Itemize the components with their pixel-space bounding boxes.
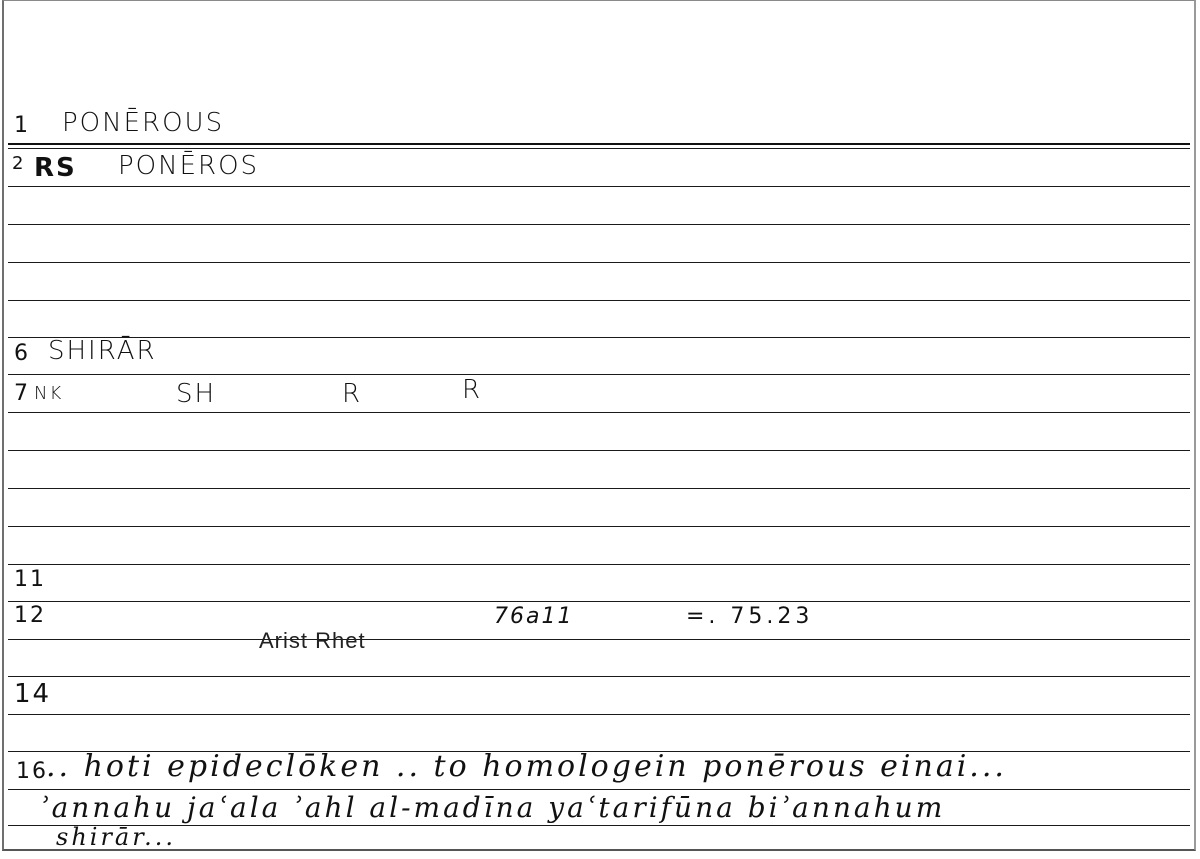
form-entry: SH — [176, 379, 216, 409]
ruled-line — [8, 825, 1190, 826]
line-number: 1 — [14, 113, 30, 138]
headword: SHIRĀR — [48, 336, 157, 366]
ruled-line — [8, 374, 1190, 375]
citation: 76a11 — [494, 604, 573, 629]
headword: PONĒROUS — [62, 108, 224, 138]
index-card: 1 PONĒROUS 2 RS PONĒROS 6 SHIRĀR 7 NK SH… — [2, 0, 1196, 851]
line-number: 16 — [16, 759, 48, 784]
ruled-line — [8, 564, 1190, 565]
ruled-line — [8, 789, 1190, 790]
ruled-line — [8, 412, 1190, 413]
source-code: NK — [34, 383, 63, 404]
source-code: RS — [34, 153, 77, 183]
quotation-arabic: ʾannahu jaʿala ʾahl al-madīna yaʿtarifūn… — [40, 791, 945, 824]
ruled-line — [8, 148, 1190, 149]
form-entry: PONĒROS — [118, 151, 259, 181]
quotation-arabic-continued: shirār... — [56, 823, 176, 851]
typed-reference: Arist Rhet — [259, 628, 366, 654]
citation-page: =. 75.23 — [686, 604, 813, 629]
ruled-line — [8, 526, 1190, 527]
form-entry: R — [342, 379, 362, 409]
line-number: 6 — [14, 341, 30, 366]
ruled-line — [8, 488, 1190, 489]
form-entry: R — [462, 375, 482, 405]
quotation-greek: .. hoti epideclōken .. to homologein pon… — [46, 749, 1007, 784]
ruled-line — [8, 676, 1190, 677]
ruled-line — [8, 639, 1190, 640]
ruled-line — [8, 300, 1190, 301]
line-number: 11 — [14, 567, 46, 592]
ruled-line — [8, 224, 1190, 225]
line-number: 7 — [14, 381, 30, 406]
line-number: 12 — [14, 603, 46, 628]
ruled-line — [8, 450, 1190, 451]
ruled-line — [8, 186, 1190, 187]
ruled-line — [8, 714, 1190, 715]
line-number: 14 — [14, 679, 51, 709]
ruled-line — [8, 143, 1190, 145]
ruled-line — [8, 601, 1190, 602]
line-number: 2 — [12, 153, 25, 174]
ruled-line — [8, 337, 1190, 338]
ruled-line — [8, 262, 1190, 263]
